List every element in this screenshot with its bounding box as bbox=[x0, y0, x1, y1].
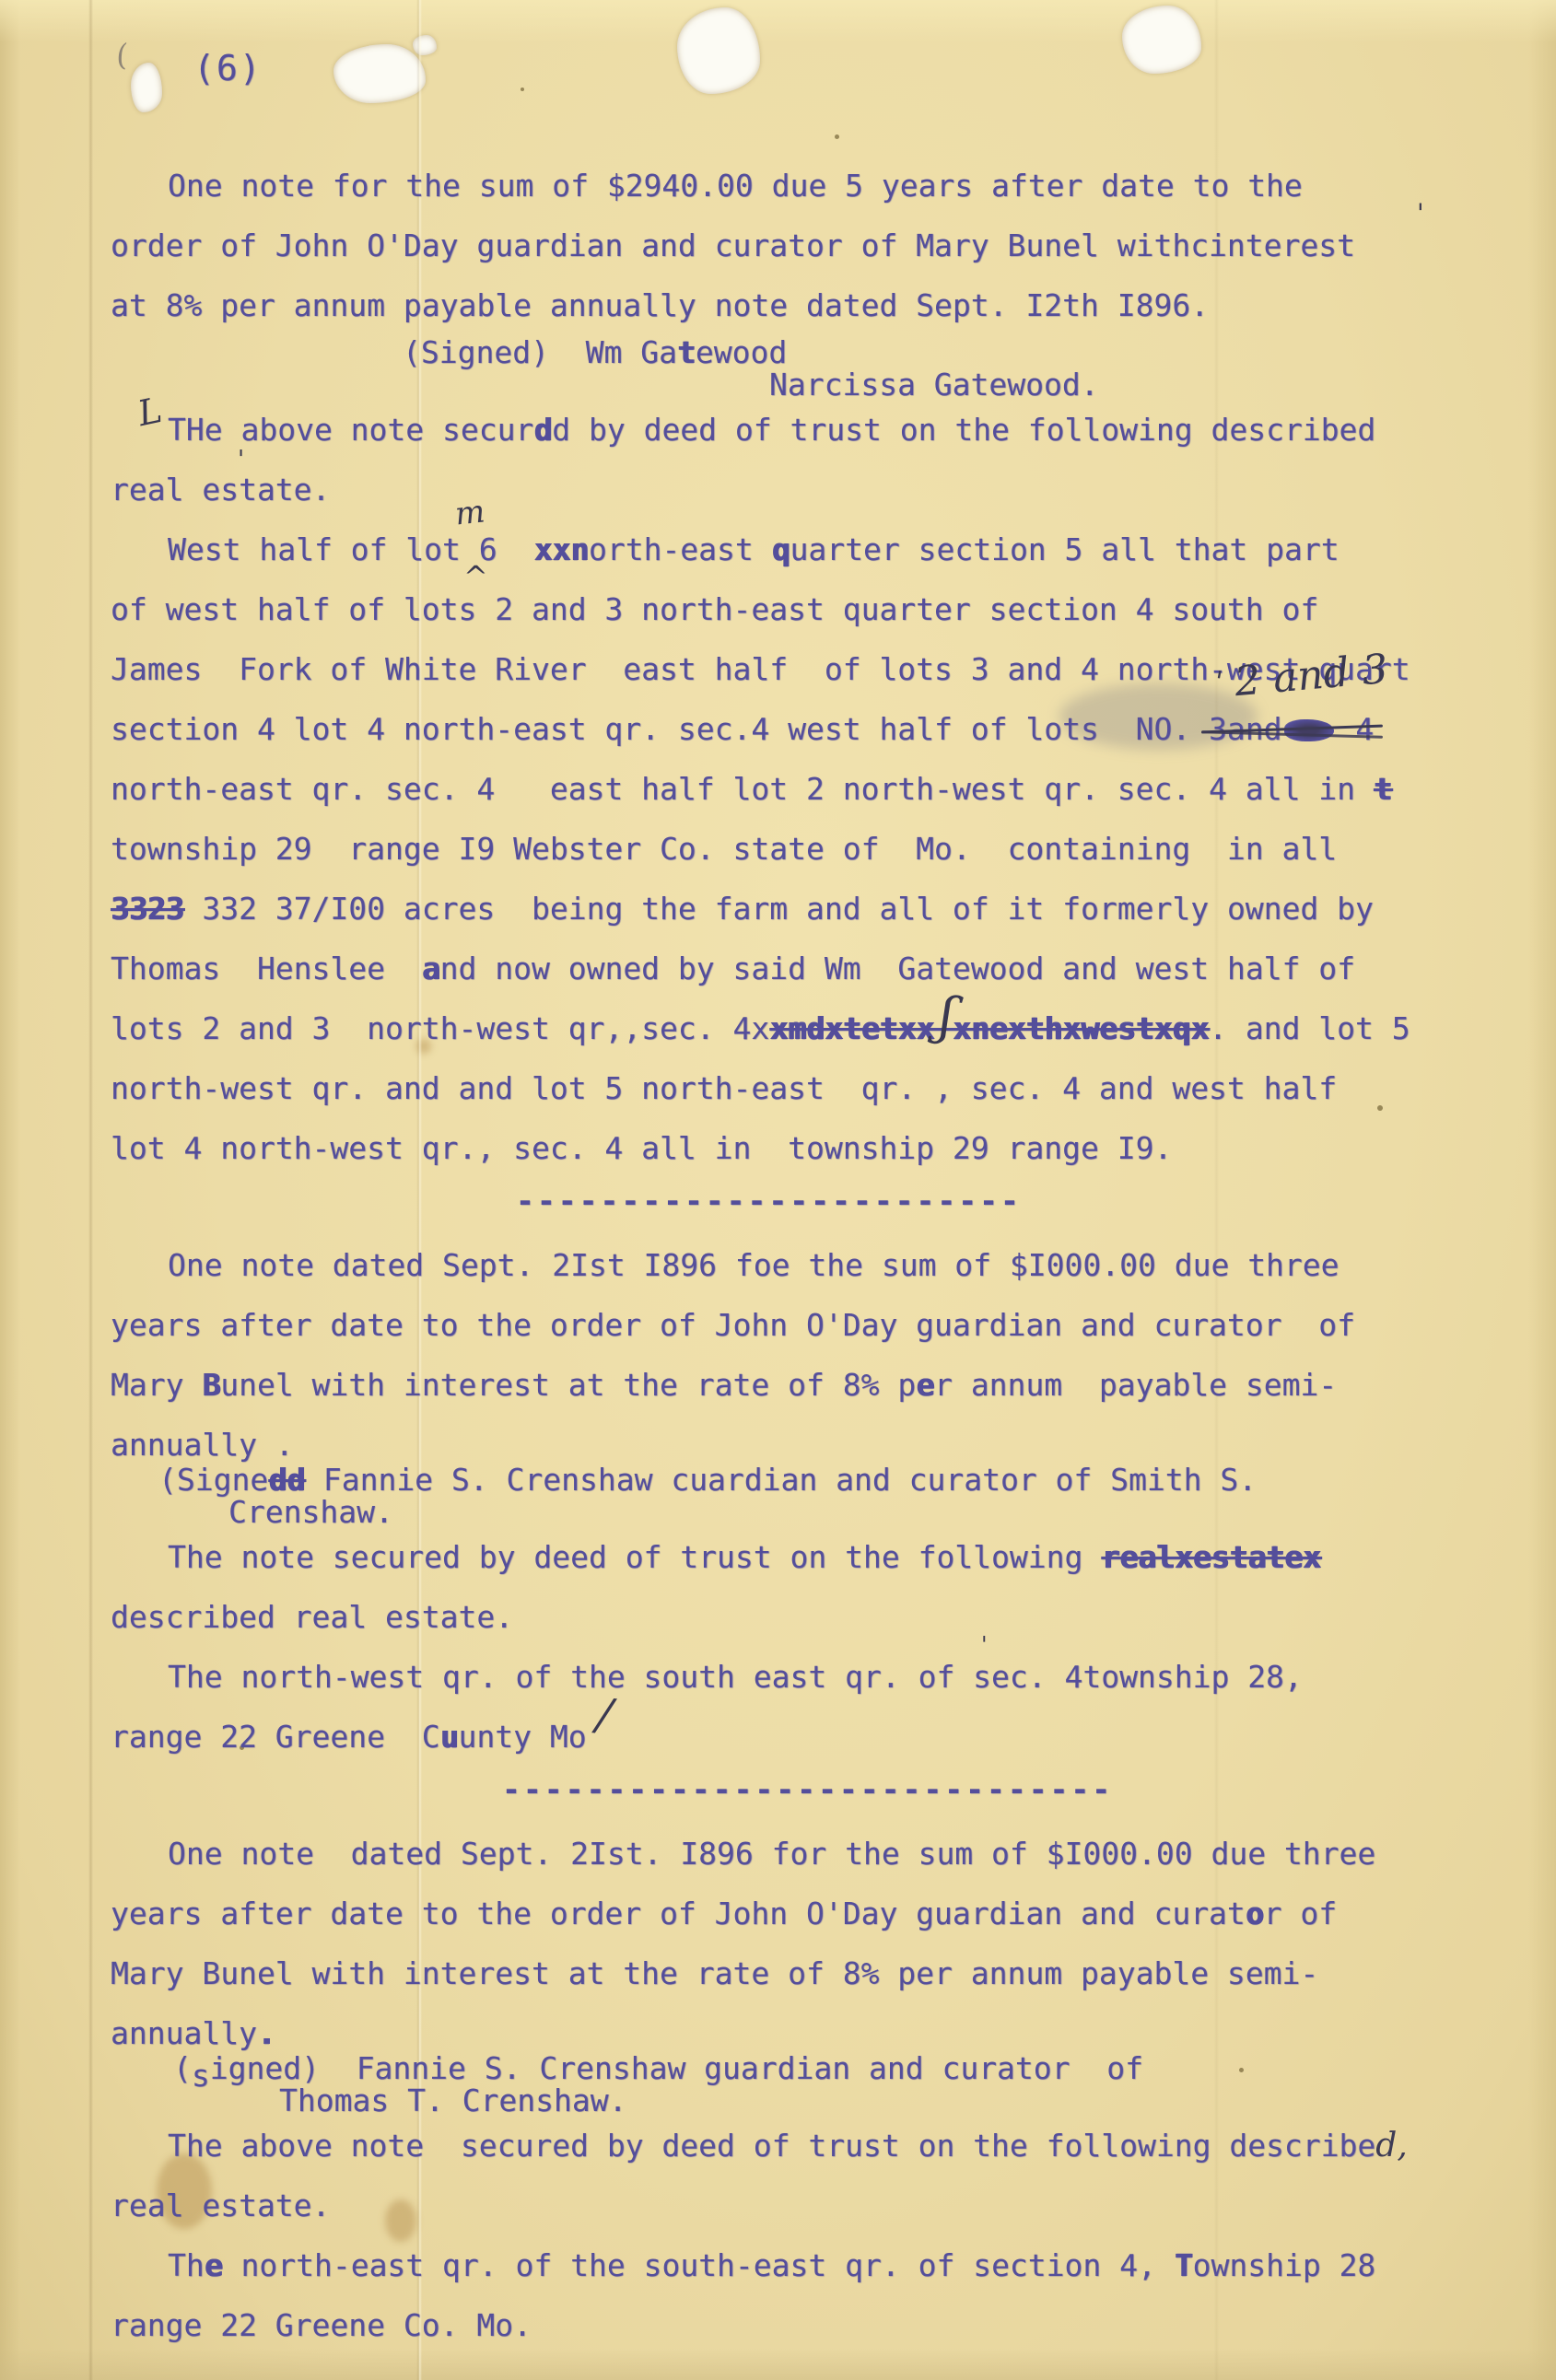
typewritten-line: Mary Bunel with interest at the rate of … bbox=[111, 1356, 1511, 1416]
ink-blot bbox=[1284, 719, 1334, 741]
typewritten-line: (Signedd Fannie S. Crenshaw cuardian and… bbox=[158, 1464, 1511, 1496]
document-body: One note for the sum of $2940.00 due 5 y… bbox=[111, 157, 1511, 2356]
paper-tear bbox=[1122, 6, 1201, 74]
page-number: (6) bbox=[193, 48, 263, 88]
paper-speck bbox=[521, 87, 524, 91]
typewritten-line: (Signed) Wm Gatewood bbox=[403, 336, 1511, 368]
typewritten-line: of west half of lots 2 and 3 north-east … bbox=[111, 580, 1511, 640]
typewritten-line: annually. bbox=[111, 2004, 1511, 2052]
handwritten-annotation: ^ bbox=[463, 562, 488, 591]
typewritten-line: THe above note securdd by deed of trust … bbox=[168, 401, 1511, 461]
typewritten-line: range 22 Greene Cuunty Mo bbox=[111, 1708, 1511, 1767]
typewritten-line: years after date to the order of John O'… bbox=[111, 1296, 1511, 1356]
typewritten-line: described real estate. bbox=[111, 1588, 1511, 1648]
typewritten-line: order of John O'Day guardian and curator… bbox=[111, 216, 1511, 276]
typewritten-line: The above note secured by deed of trust … bbox=[168, 2117, 1511, 2176]
typewritten-line: (signed) Fannie S. Crenshaw guardian and… bbox=[173, 2052, 1511, 2084]
typewritten-line: years after date to the order of John O'… bbox=[111, 1884, 1511, 1944]
paper-fold bbox=[88, 0, 93, 2380]
typewritten-line: north-east qr. sec. 4 east half lot 2 no… bbox=[111, 760, 1511, 820]
typewritten-line: range 22 Greene Co. Mo. bbox=[111, 2296, 1511, 2356]
typewritten-line: lot 4 north-west qr., sec. 4 all in town… bbox=[111, 1119, 1511, 1179]
typewritten-line: One note for the sum of $2940.00 due 5 y… bbox=[168, 157, 1511, 216]
typewritten-line: One note dated Sept. 2Ist. I896 for the … bbox=[168, 1825, 1511, 1884]
handwritten-annotation: ( bbox=[114, 40, 130, 70]
typewritten-line: The north-east qr. of the south-east qr.… bbox=[168, 2236, 1511, 2296]
handwritten-annotation: m bbox=[453, 496, 486, 530]
typewritten-line: Thomas T. Crenshaw. bbox=[279, 2084, 1511, 2117]
paper-tear bbox=[333, 44, 426, 103]
typewritten-line: Mary Bunel with interest at the rate of … bbox=[111, 1944, 1511, 2004]
typewritten-line: annually . bbox=[111, 1416, 1511, 1464]
dashed-separator: ------------------------ bbox=[516, 1179, 1511, 1236]
handwritten-annotation: ' bbox=[1417, 201, 1424, 227]
handwritten-correction: d, bbox=[1375, 2127, 1408, 2164]
typewritten-line: section 4 lot 4 north-east qr. sec.4 wes… bbox=[111, 700, 1511, 760]
handwritten-annotation: ' bbox=[981, 1634, 988, 1656]
typewritten-line: real estate. bbox=[111, 2176, 1511, 2236]
typewritten-line: West half of lot 6 xxnorth-east quarter … bbox=[168, 520, 1511, 580]
dashed-separator: ----------------------------- bbox=[502, 1767, 1511, 1825]
typewritten-line: Thomas Henslee and now owned by said Wm … bbox=[111, 939, 1511, 999]
typewritten-line: lots 2 and 3 north-west qr,,sec. 4xxmdxt… bbox=[111, 999, 1511, 1059]
document-page: (6) One note for the sum of $2940.00 due… bbox=[0, 0, 1556, 2380]
typewritten-line: Narcissa Gatewood. bbox=[769, 368, 1511, 401]
paper-tear bbox=[131, 63, 162, 112]
paper-speck bbox=[835, 134, 839, 139]
paper-tear bbox=[677, 7, 760, 94]
typewritten-line: north-west qr. and and lot 5 north-east … bbox=[111, 1059, 1511, 1119]
pen-strikethrough: 3and 4 bbox=[1209, 713, 1374, 746]
typewritten-line: The north-west qr. of the south east qr.… bbox=[168, 1648, 1511, 1708]
typewritten-line: The note secured by deed of trust on the… bbox=[168, 1528, 1511, 1588]
typewritten-line: One note dated Sept. 2Ist I896 foe the s… bbox=[168, 1236, 1511, 1296]
paper-tear bbox=[413, 35, 437, 55]
typewritten-line: Crenshaw. bbox=[228, 1496, 1511, 1528]
typewritten-line: real estate. bbox=[111, 461, 1511, 520]
handwritten-annotation: ' bbox=[238, 448, 244, 472]
typewritten-line: township 29 range I9 Webster Co. state o… bbox=[111, 820, 1511, 880]
typewritten-line: at 8% per annum payable annually note da… bbox=[111, 276, 1511, 336]
typewritten-line: 3323 332 37/I00 acres being the farm and… bbox=[111, 880, 1511, 939]
